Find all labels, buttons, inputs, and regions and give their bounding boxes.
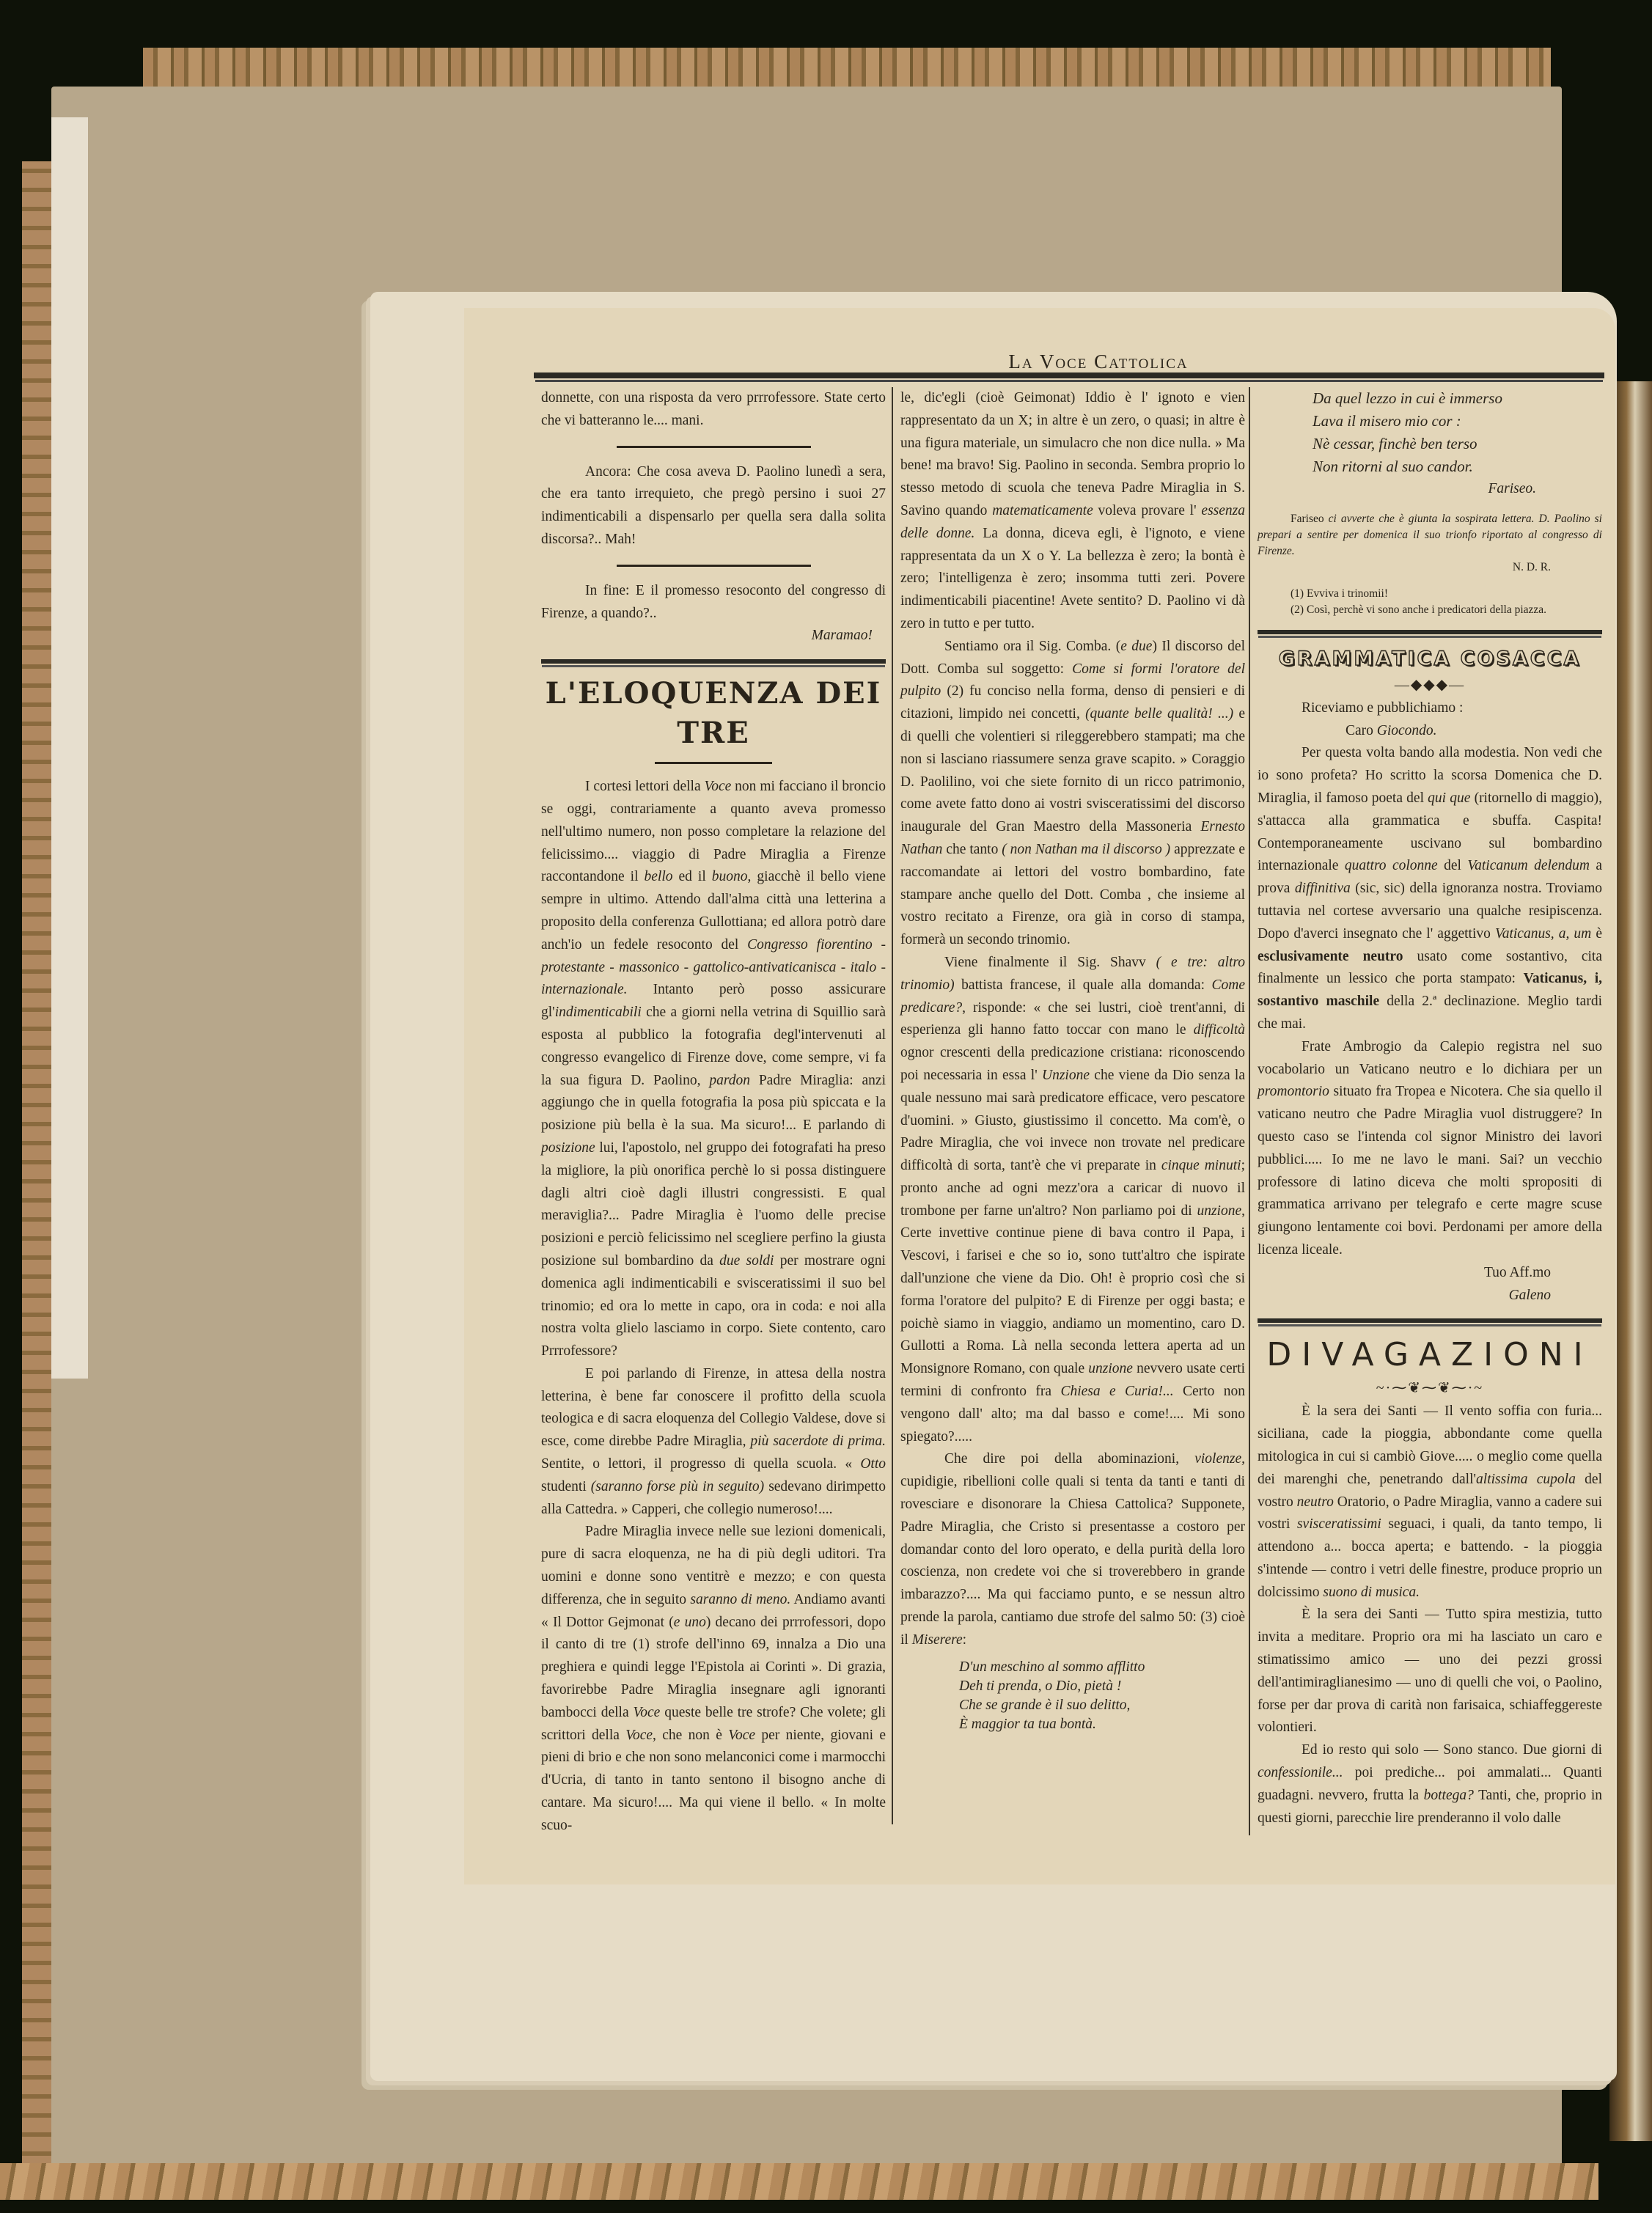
- paragraph: Fariseo ci avverte che è giunta la sospi…: [1258, 511, 1602, 559]
- article-title: L'ELOQUENZA DEI TRE: [541, 674, 886, 753]
- italic-text: ci avverte che è giunta la sospirata let…: [1258, 513, 1602, 557]
- paragraph: È la sera dei Santi — Il vento soffia co…: [1258, 1401, 1602, 1604]
- italic-text: Otto: [860, 1456, 886, 1472]
- verse: D'un meschino al sommo afflitto Deh ti p…: [900, 1658, 1245, 1734]
- column-3: Da quel lezzo in cui è immerso Lava il m…: [1258, 387, 1602, 1830]
- italic-text: Vaticanus, a, um: [1495, 926, 1591, 942]
- italic-text: svisceratissimi: [1297, 1516, 1381, 1532]
- italic-text: Voce: [704, 779, 731, 794]
- italic-text: Voce: [728, 1728, 755, 1743]
- paragraph: E poi parlando di Firenze, in attesa del…: [541, 1363, 886, 1522]
- italic-text: promontorio: [1258, 1084, 1329, 1099]
- section-rule: [1258, 630, 1602, 636]
- paragraph: donnette, con una risposta da vero prrro…: [541, 387, 886, 433]
- salutation: Caro Giocondo.: [1258, 720, 1602, 743]
- italic-text: difficoltà: [1194, 1022, 1245, 1038]
- column-2: le, dic'egli (cioè Geimonat) Iddio è l' …: [900, 387, 1245, 1734]
- paragraph: Ancora: Che cosa aveva D. Paolino lunedì…: [541, 461, 886, 551]
- section-rule: [541, 659, 886, 665]
- italic-text: bello: [645, 869, 673, 884]
- paragraph: Ed io resto qui solo — Sono stanco. Due …: [1258, 1739, 1602, 1830]
- paragraph: le, dic'egli (cioè Geimonat) Iddio è l' …: [900, 387, 1245, 636]
- italic-text: unzione: [1088, 1361, 1133, 1376]
- paragraph: I cortesi lettori della Voce non mi facc…: [541, 776, 886, 1363]
- verse: Da quel lezzo in cui è immerso Lava il m…: [1258, 387, 1602, 478]
- italic-text: (quante belle qualità! ...): [1085, 706, 1233, 722]
- italic-text: Congresso fiorentino - protestante - mas…: [541, 937, 886, 998]
- footnote: (1) Evviva i trinomii!: [1258, 586, 1602, 602]
- italic-text: suono di musica.: [1323, 1585, 1420, 1600]
- italic-text: più sacerdote di prima.: [750, 1434, 886, 1449]
- italic-text: saranno di meno.: [690, 1592, 790, 1607]
- footnote: (2) Così, perchè vi sono anche i predica…: [1258, 602, 1602, 618]
- verse-line: Da quel lezzo in cui è immerso: [1313, 387, 1602, 410]
- paragraph: In fine: E il promesso resoconto del con…: [541, 580, 886, 625]
- italic-text: quattro colonne: [1345, 858, 1438, 873]
- italic-text: matematicamente: [992, 503, 1093, 518]
- italic-text: qui que: [1428, 790, 1470, 806]
- italic-text: indimenticabili: [555, 1005, 642, 1020]
- signature: Galeno: [1258, 1285, 1602, 1307]
- cardboard-bottom-edge: [0, 2163, 1598, 2200]
- italic-text: e due: [1120, 639, 1152, 654]
- paragraph: Padre Miraglia invece nelle sue lezioni …: [541, 1521, 886, 1837]
- section-rule: [1258, 1318, 1602, 1324]
- closing: Tuo Aff.mo: [1258, 1262, 1602, 1285]
- italic-text: Voce: [634, 1705, 661, 1720]
- short-rule: [617, 446, 811, 448]
- italic-text: due soldi: [719, 1253, 774, 1269]
- italic-text: violenze,: [1194, 1451, 1245, 1467]
- paragraph: Frate Ambrogio da Calepio registra nel s…: [1258, 1036, 1602, 1262]
- italic-text: neutro: [1297, 1494, 1334, 1510]
- italic-text: ( e tre: altro trinomio): [900, 955, 1245, 993]
- short-rule: [655, 762, 772, 764]
- paragraph: È la sera dei Santi — Tutto spira mestiz…: [1258, 1604, 1602, 1739]
- column-divider: [892, 387, 893, 1824]
- italic-text: Vaticanum delendum: [1467, 858, 1590, 873]
- italic-text: Chiesa e Curia!...: [1060, 1384, 1173, 1399]
- paragraph: Che dire poi della abominazioni, violenz…: [900, 1448, 1245, 1651]
- ornament-rule: —◆◆◆—: [1258, 675, 1602, 694]
- italic-text: e uno: [674, 1615, 706, 1630]
- folder-white-strip: [51, 117, 88, 1379]
- italic-text: pardon: [709, 1073, 750, 1088]
- editor-note: Fariseo ci avverte che è giunta la sospi…: [1258, 511, 1602, 618]
- italic-text: Come si formi l'oratore del pulpito: [900, 661, 1245, 700]
- italic-text: (saranno forse più in seguito): [591, 1479, 764, 1494]
- column-divider: [1249, 387, 1250, 1835]
- paragraph: Riceviamo e pubblichiamo :: [1258, 697, 1602, 720]
- paragraph: Per questa volta bando alla modestia. No…: [1258, 742, 1602, 1035]
- verse-line: D'un meschino al sommo afflitto: [959, 1658, 1245, 1677]
- newspaper-page: La Voce Cattolica donnette, con una risp…: [464, 308, 1615, 1884]
- verse-line: Nè cessar, finchè ben terso: [1313, 433, 1602, 455]
- italic-text: unzione: [1197, 1203, 1241, 1219]
- verse-line: Non ritorni al suo candor.: [1313, 455, 1602, 478]
- verse-line: Deh ti prenda, o Dio, pietà !: [959, 1677, 1245, 1696]
- verse-line: Lava il misero mio cor :: [1313, 410, 1602, 433]
- bold-text: Vaticanus, i, sostantivo maschile: [1258, 971, 1602, 1009]
- verse-line: È maggior ta tua bontà.: [959, 1715, 1245, 1734]
- column-1: donnette, con una risposta da vero prrro…: [541, 387, 886, 1838]
- italic-text: diffinitiva: [1295, 881, 1351, 896]
- signature: Maramao!: [541, 625, 886, 647]
- bold-text: esclusivamente neutro: [1258, 949, 1403, 964]
- italic-text: ( non Nathan ma il discorso ): [1002, 842, 1170, 857]
- italic-text: posizione: [541, 1140, 595, 1156]
- italic-text: confessionile...: [1258, 1765, 1343, 1780]
- italic-text: Miserere: [912, 1632, 963, 1648]
- italic-text: altissima cupola: [1476, 1472, 1576, 1487]
- section-title: GRAMMATICA COSACCA: [1258, 645, 1602, 674]
- italic-text: cinque minuti: [1161, 1158, 1241, 1173]
- editor-signature: N. D. R.: [1258, 559, 1602, 576]
- italic-text: bottega?: [1424, 1788, 1474, 1803]
- verse-line: Che se grande è il suo delitto,: [959, 1696, 1245, 1715]
- ornament-icon: ~·⁓❦⁓❦⁓·~: [1258, 1379, 1602, 1398]
- italic-text: Giocondo.: [1377, 723, 1437, 738]
- section-title: DIVAGAZIONI: [1258, 1333, 1602, 1377]
- paragraph: Viene finalmente il Sig. Shavv ( e tre: …: [900, 952, 1245, 1449]
- header-rule: [534, 372, 1604, 380]
- italic-text: buono: [712, 869, 748, 884]
- italic-text: Unzione: [1042, 1068, 1090, 1083]
- verse-signature: Fariseo.: [1258, 478, 1602, 501]
- running-head: La Voce Cattolica: [464, 351, 1615, 373]
- paragraph: Sentiamo ora il Sig. Comba. (e due) Il d…: [900, 636, 1245, 952]
- short-rule: [617, 565, 811, 567]
- italic-text: Voce: [625, 1728, 653, 1743]
